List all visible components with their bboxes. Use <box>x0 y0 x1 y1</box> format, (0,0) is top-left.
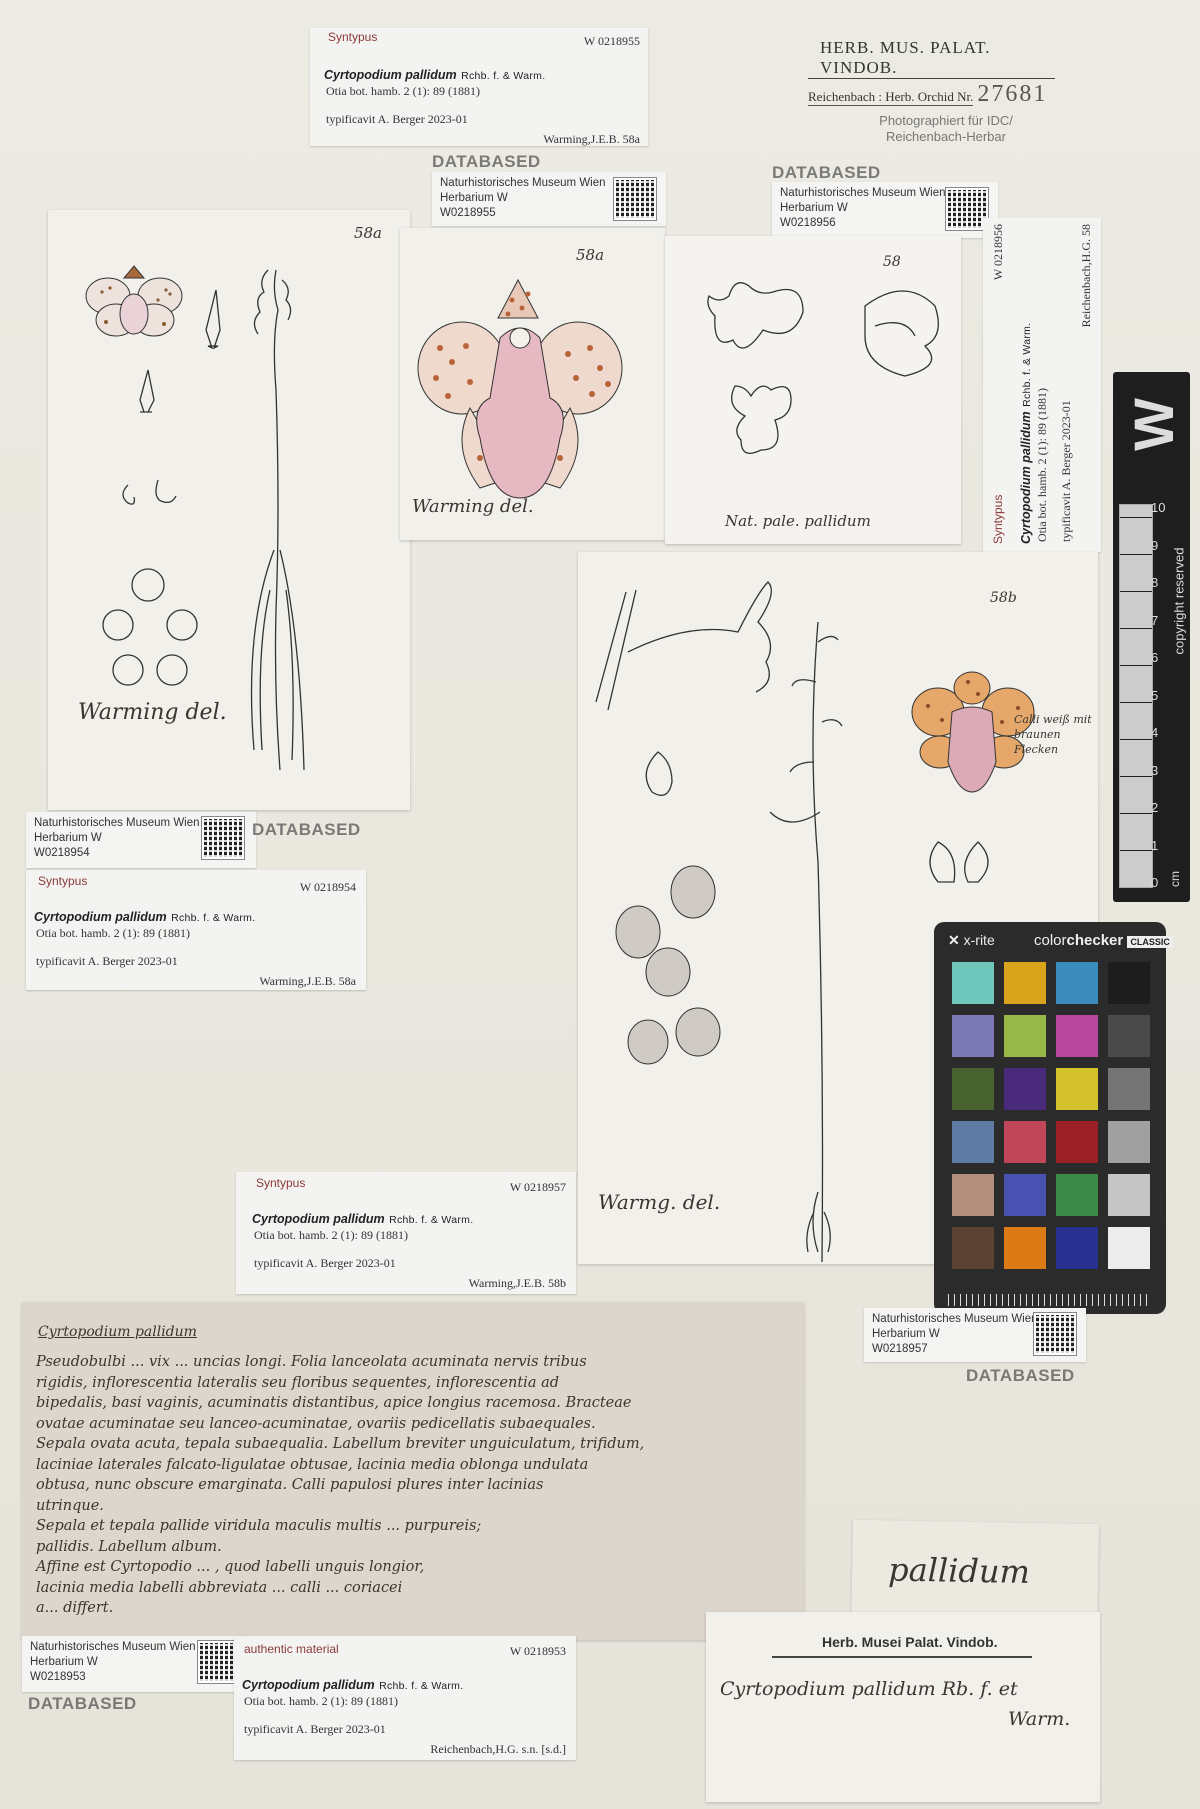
manuscript-line: obtusa, nunc obscure emarginata. Calli p… <box>36 1475 786 1496</box>
qr-label-w0218953: Naturhistorisches Museum Wien Herbarium … <box>22 1636 250 1692</box>
artist-signature: Warmg. del. <box>598 1190 720 1214</box>
tick-label: 7 <box>1151 613 1169 628</box>
tick-label: 2 <box>1151 800 1169 815</box>
product-name-light: color <box>1034 932 1067 949</box>
taxon-name: Cyrtopodium pallidum <box>252 1212 385 1226</box>
manuscript-line: utrinque. <box>36 1496 786 1517</box>
color-checker: ✕ x-rite colorchecker CLASSIC <box>934 922 1166 1314</box>
color-patch <box>1056 1015 1098 1057</box>
color-patch <box>1056 1174 1098 1216</box>
xrite-logo: ✕ x-rite <box>948 932 995 949</box>
color-patch <box>952 962 994 1004</box>
product-name: colorchecker CLASSIC <box>1034 932 1173 949</box>
tick-label: 0 <box>1151 875 1169 890</box>
color-patch <box>1108 1015 1150 1057</box>
ruler <box>1119 504 1153 888</box>
type-label-w0218954: Syntypus W 0218954 Cyrtopodium pallidum … <box>26 870 366 990</box>
qr-label-w0218955: Naturhistorisches Museum Wien Herbarium … <box>432 172 666 226</box>
museum-label-header: Herb. Musei Palat. Vindob. <box>822 1634 998 1650</box>
brand-name: x-rite <box>964 932 995 948</box>
manuscript-line: ovatae acuminatae seu lanceo-acuminatae,… <box>36 1414 786 1435</box>
databased-stamp: DATABASED <box>28 1694 137 1714</box>
typification: typificavit A. Berger 2023-01 <box>36 954 178 969</box>
color-patch <box>1004 1121 1046 1163</box>
color-patch <box>1004 1174 1046 1216</box>
photo-note-line1: Photographiert für IDC/ <box>876 113 1016 129</box>
photo-note-line2: Reichenbach-Herbar <box>876 129 1016 145</box>
citation: Otia bot. hamb. 2 (1): 89 (1881) <box>244 1694 398 1709</box>
qr-code-icon <box>202 817 244 859</box>
color-patch <box>1056 1227 1098 1269</box>
qr-label-w0218954: Naturhistorisches Museum Wien Herbarium … <box>26 812 256 868</box>
color-patch <box>1004 1068 1046 1110</box>
collector: Reichenbach,H.G. 58 <box>1079 224 1094 327</box>
color-patch <box>1056 962 1098 1004</box>
manuscript-line: Affine est Cyrtopodio ... , quod labelli… <box>36 1557 786 1578</box>
tick-label: 4 <box>1151 725 1169 740</box>
qr-label-w0218956: Naturhistorisches Museum Wien Herbarium … <box>772 182 998 238</box>
header-rule <box>772 1656 1032 1658</box>
manuscript-line: bipedalis, basi vaginis, acuminatis dist… <box>36 1393 786 1414</box>
databased-stamp: DATABASED <box>252 820 361 840</box>
taxon-line: Cyrtopodium pallidum Rchb. f. & Warm. <box>34 908 255 926</box>
typification: typificavit A. Berger 2023-01 <box>244 1722 386 1737</box>
slip-text: pallidum <box>888 1550 1030 1590</box>
color-patch <box>1108 1068 1150 1110</box>
product-name-bold: checker <box>1067 932 1124 949</box>
herbarium-museum-label: Herb. Musei Palat. Vindob. Cyrtopodium p… <box>706 1612 1100 1802</box>
typification: typificavit A. Berger 2023-01 <box>1059 400 1074 542</box>
artist-signature: Warming del. <box>412 496 534 517</box>
drawing-sheet-2: 58a Warming del. <box>400 228 665 540</box>
manuscript-body: Pseudobulbi ... vix ... uncias longi. Fo… <box>36 1352 786 1619</box>
typification: typificavit A. Berger 2023-01 <box>326 112 468 127</box>
citation: Otia bot. hamb. 2 (1): 89 (1881) <box>1035 388 1050 542</box>
color-patch <box>1004 1227 1046 1269</box>
databased-stamp: DATABASED <box>966 1366 1075 1386</box>
stamp-title: HERB. MUS. PALAT. VINDOB. <box>808 38 1055 79</box>
color-patch <box>1004 1015 1046 1057</box>
herbarium-stamp: HERB. MUS. PALAT. VINDOB. Reichenbach : … <box>808 38 1108 108</box>
taxon-name: Cyrtopodium pallidum <box>242 1678 375 1692</box>
taxon-line: Cyrtopodium pallidum Rchb. f. & Warm. <box>1017 323 1035 544</box>
museum-label-line2: Warm. <box>1008 1708 1070 1730</box>
taxon-line: Cyrtopodium pallidum Rchb. f. & Warm. <box>242 1676 463 1694</box>
barcode-number: W 0218957 <box>510 1180 566 1195</box>
type-status: Syntypus <box>256 1176 305 1190</box>
copyright-note: copyright reserved <box>1172 515 1187 655</box>
citation: Otia bot. hamb. 2 (1): 89 (1881) <box>254 1228 408 1243</box>
manuscript-line: pallidis. Labellum album. <box>36 1537 786 1558</box>
qr-code-icon <box>946 188 988 230</box>
color-patch <box>952 1121 994 1163</box>
tick-label: 3 <box>1151 763 1169 778</box>
manuscript-line: laciniae laterales falcato-ligulatae obt… <box>36 1455 786 1476</box>
citation: Otia bot. hamb. 2 (1): 89 (1881) <box>36 926 190 941</box>
barcode-number: W 0218954 <box>300 880 356 895</box>
color-patch <box>1108 1174 1150 1216</box>
color-patch <box>1108 962 1150 1004</box>
manuscript-description: Cyrtopodium pallidum Pseudobulbi ... vix… <box>22 1302 804 1640</box>
type-status: Syntypus <box>991 495 1005 544</box>
taxon-line: Cyrtopodium pallidum Rchb. f. & Warm. <box>252 1210 473 1228</box>
manuscript-line: Sepala ovata acuta, tepala subaequalia. … <box>36 1434 786 1455</box>
drawing-caption: Nat. pale. pallidum <box>725 512 871 530</box>
qr-label-w0218957: Naturhistorisches Museum Wien Herbarium … <box>864 1308 1086 1362</box>
taxon-name: Cyrtopodium pallidum <box>324 68 457 82</box>
scale-unit: cm <box>1168 871 1182 887</box>
color-patch <box>952 1068 994 1110</box>
barcode-number: W 0218956 <box>991 224 1006 280</box>
tick-label: 10 <box>1151 500 1169 515</box>
tick-label: 5 <box>1151 688 1169 703</box>
tick-label: 8 <box>1151 575 1169 590</box>
type-status: authentic material <box>244 1642 339 1656</box>
drawing-sheet-1: 58a Warming del. <box>48 210 410 810</box>
color-patch <box>1004 962 1046 1004</box>
color-note: Calli weiß mit braunen Flecken <box>1014 712 1094 757</box>
type-status: Syntypus <box>38 874 87 888</box>
tick-label: 6 <box>1151 650 1169 665</box>
typification: typificavit A. Berger 2023-01 <box>254 1256 396 1271</box>
taxon-name: Cyrtopodium pallidum <box>1019 411 1033 544</box>
color-patch <box>952 1015 994 1057</box>
drawing-sheet-3: 58 Nat. pale. pallidum <box>665 236 961 544</box>
type-status: Syntypus <box>328 30 377 44</box>
collector: Warming,J.E.B. 58a <box>259 974 356 989</box>
color-patch <box>1056 1068 1098 1110</box>
manuscript-line: Sepala et tepala pallide viridula maculi… <box>36 1516 786 1537</box>
photo-note: Photographiert für IDC/ Reichenbach-Herb… <box>876 113 1016 145</box>
herbarium-logo: W <box>1121 398 1186 451</box>
databased-stamp: DATABASED <box>772 163 881 183</box>
color-patch <box>1056 1121 1098 1163</box>
collector: Warming,J.E.B. 58a <box>543 132 640 147</box>
tick-label: 9 <box>1151 538 1169 553</box>
taxon-authors: Rchb. f. & Warm. <box>379 1680 463 1692</box>
taxon-line: Cyrtopodium pallidum Rchb. f. & Warm. <box>324 66 545 84</box>
colored-orchid-drawing-icon <box>400 228 665 540</box>
taxon-authors: Rchb. f. & Warm. <box>1021 323 1033 407</box>
databased-stamp: DATABASED <box>432 152 541 172</box>
taxon-authors: Rchb. f. & Warm. <box>389 1214 473 1226</box>
stamp-subtitle: Reichenbach : Herb. Orchid Nr. <box>808 89 973 106</box>
collector: Warming,J.E.B. 58b <box>469 1276 566 1291</box>
citation: Otia bot. hamb. 2 (1): 89 (1881) <box>326 84 480 99</box>
manuscript-line: a... differt. <box>36 1598 786 1619</box>
type-label-w0218957: Syntypus W 0218957 Cyrtopodium pallidum … <box>236 1172 576 1294</box>
qr-code-icon <box>614 178 656 220</box>
color-patch <box>1108 1227 1150 1269</box>
manuscript-line: rigidis, inflorescentia lateralis seu fl… <box>36 1373 786 1394</box>
taxon-authors: Rchb. f. & Warm. <box>171 912 255 924</box>
qr-code-icon <box>1034 1313 1076 1355</box>
color-patch <box>952 1227 994 1269</box>
museum-label-line1: Cyrtopodium pallidum Rb. f. et <box>720 1678 1018 1700</box>
taxon-authors: Rchb. f. & Warm. <box>461 70 545 82</box>
type-label-w0218955: Syntypus W 0218955 Cyrtopodium pallidum … <box>310 28 648 146</box>
barcode-number: W 0218953 <box>510 1644 566 1659</box>
manuscript-line: lacinia media labelli abbreviata ... cal… <box>36 1578 786 1599</box>
color-patch <box>1108 1121 1150 1163</box>
classic-badge: CLASSIC <box>1127 936 1173 948</box>
stamp-number: 27681 <box>977 81 1047 108</box>
artist-signature: Warming del. <box>78 700 227 725</box>
herbarium-sheet: HERB. MUS. PALAT. VINDOB. Reichenbach : … <box>0 0 1200 1809</box>
scale-bar: W 0 1 2 3 4 5 6 7 8 9 10 cm copyright re… <box>1113 372 1190 902</box>
checker-ruler <box>948 1294 1148 1306</box>
type-label-w0218956: Syntypus W 0218956 Cyrtopodium pallidum … <box>983 218 1101 552</box>
collector: Reichenbach,H.G. s.n. [s.d.] <box>430 1742 566 1757</box>
manuscript-line: Pseudobulbi ... vix ... uncias longi. Fo… <box>36 1352 786 1373</box>
ruler-ticks: 0 1 2 3 4 5 6 7 8 9 10 <box>1151 500 1169 890</box>
taxon-name: Cyrtopodium pallidum <box>34 910 167 924</box>
manuscript-title: Cyrtopodium pallidum <box>38 1324 197 1340</box>
sketch-drawing-icon <box>665 236 961 544</box>
barcode-number: W 0218955 <box>584 34 640 49</box>
type-label-w0218953: authentic material W 0218953 Cyrtopodium… <box>234 1636 576 1760</box>
color-patch <box>952 1174 994 1216</box>
tick-label: 1 <box>1151 838 1169 853</box>
